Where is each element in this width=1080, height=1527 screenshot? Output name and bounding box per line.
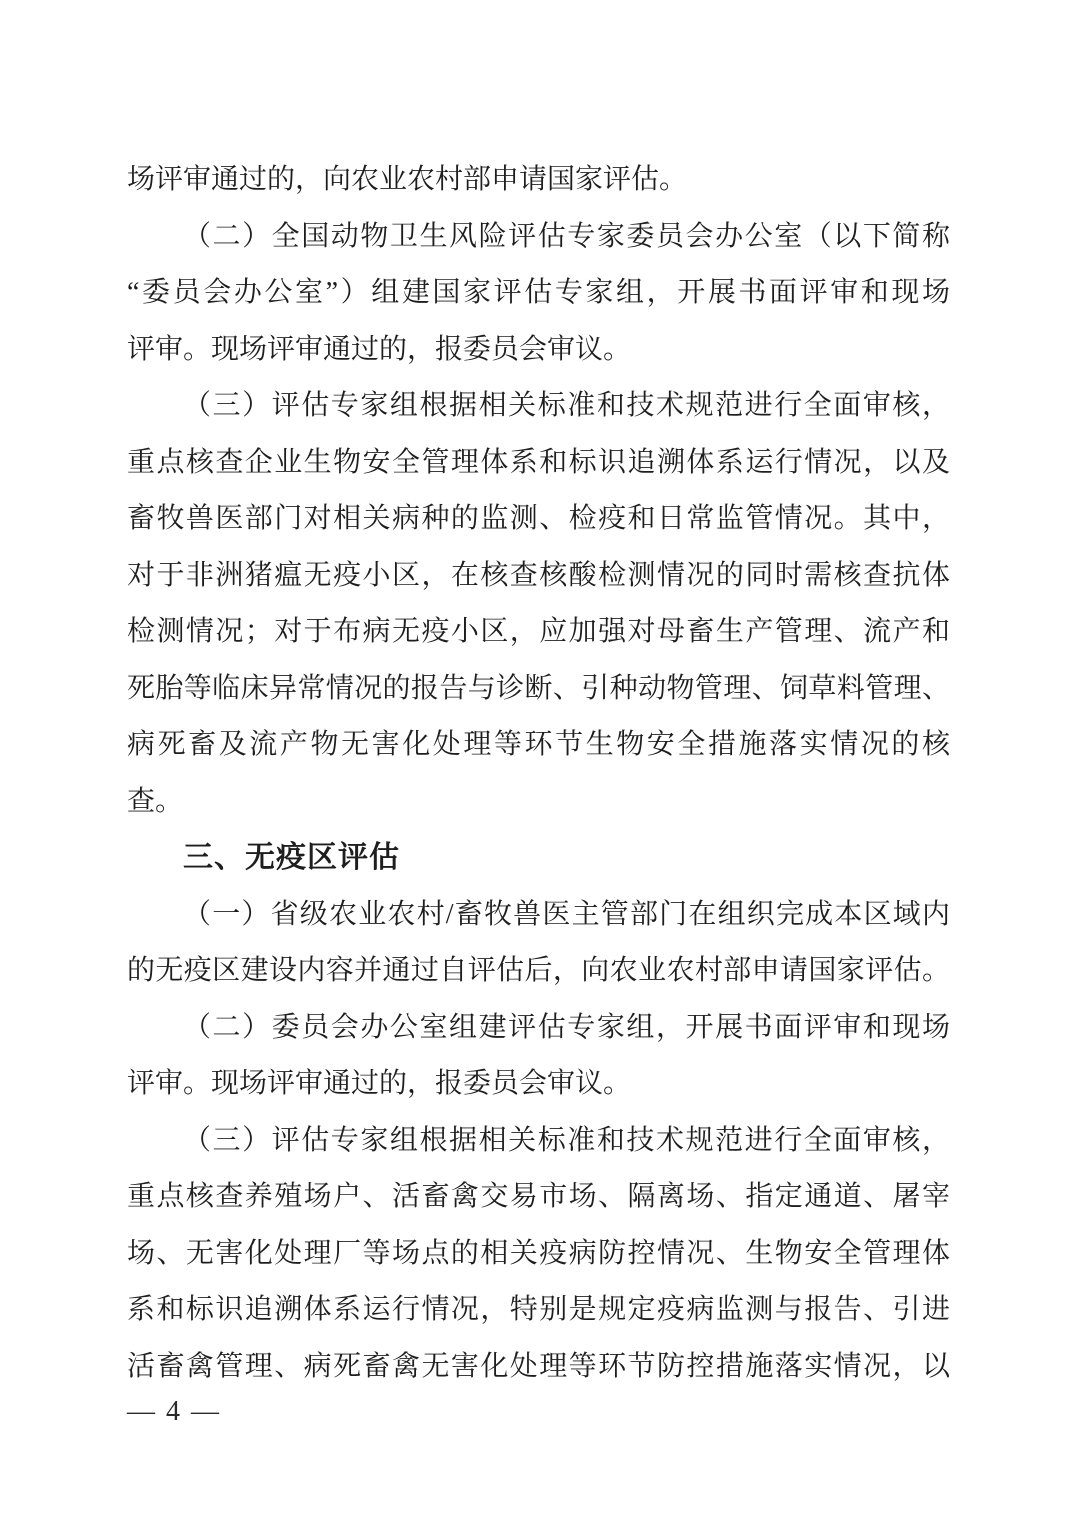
text-line: “委员会办公室”）组建国家评估专家组，开展书面评审和现场: [127, 265, 950, 322]
text-line: 系和标识追溯体系运行情况，特别是规定疫病监测与报告、引进: [127, 1282, 950, 1339]
text-line: 评审。现场评审通过的，报委员会审议。: [127, 1056, 950, 1113]
text-line: （一）省级农业农村/畜牧兽医主管部门在组织完成本区域内: [127, 887, 950, 944]
text-line: 病死畜及流产物无害化处理等环节生物安全措施落实情况的核: [127, 717, 950, 774]
text-line: 重点核查企业生物安全管理体系和标识追溯体系运行情况，以及: [127, 435, 950, 492]
text-line: （二）全国动物卫生风险评估专家委员会办公室（以下简称: [127, 209, 950, 266]
text-line: （二）委员会办公室组建评估专家组，开展书面评审和现场: [127, 1000, 950, 1057]
text-line: 场、无害化处理厂等场点的相关疫病防控情况、生物安全管理体: [127, 1226, 950, 1283]
text-line: 的无疫区建设内容并通过自评估后，向农业农村部申请国家评估。: [127, 943, 950, 1000]
text-line: 死胎等临床异常情况的报告与诊断、引种动物管理、饲草料管理、: [127, 661, 950, 718]
document-body: 场评审通过的，向农业农村部申请国家评估。（二）全国动物卫生风险评估专家委员会办公…: [127, 152, 950, 1395]
text-line: 重点核查养殖场户、活畜禽交易市场、隔离场、指定通道、屠宰: [127, 1169, 950, 1226]
section-heading: 三、无疫区评估: [127, 830, 950, 887]
text-line: 场评审通过的，向农业农村部申请国家评估。: [127, 152, 950, 209]
text-line: 评审。现场评审通过的，报委员会审议。: [127, 322, 950, 379]
text-line: 活畜禽管理、病死畜禽无害化处理等环节防控措施落实情况，以: [127, 1339, 950, 1396]
text-line: （三）评估专家组根据相关标准和技术规范进行全面审核，: [127, 378, 950, 435]
text-line: 检测情况；对于布病无疫小区，应加强对母畜生产管理、流产和: [127, 604, 950, 661]
page-number: — 4 —: [127, 1392, 221, 1432]
text-line: （三）评估专家组根据相关标准和技术规范进行全面审核，: [127, 1113, 950, 1170]
text-line: 对于非洲猪瘟无疫小区，在核查核酸检测情况的同时需核查抗体: [127, 548, 950, 605]
text-line: 畜牧兽医部门对相关病种的监测、检疫和日常监管情况。其中，: [127, 491, 950, 548]
text-line: 查。: [127, 774, 950, 831]
document-page: 场评审通过的，向农业农村部申请国家评估。（二）全国动物卫生风险评估专家委员会办公…: [0, 0, 1080, 1527]
